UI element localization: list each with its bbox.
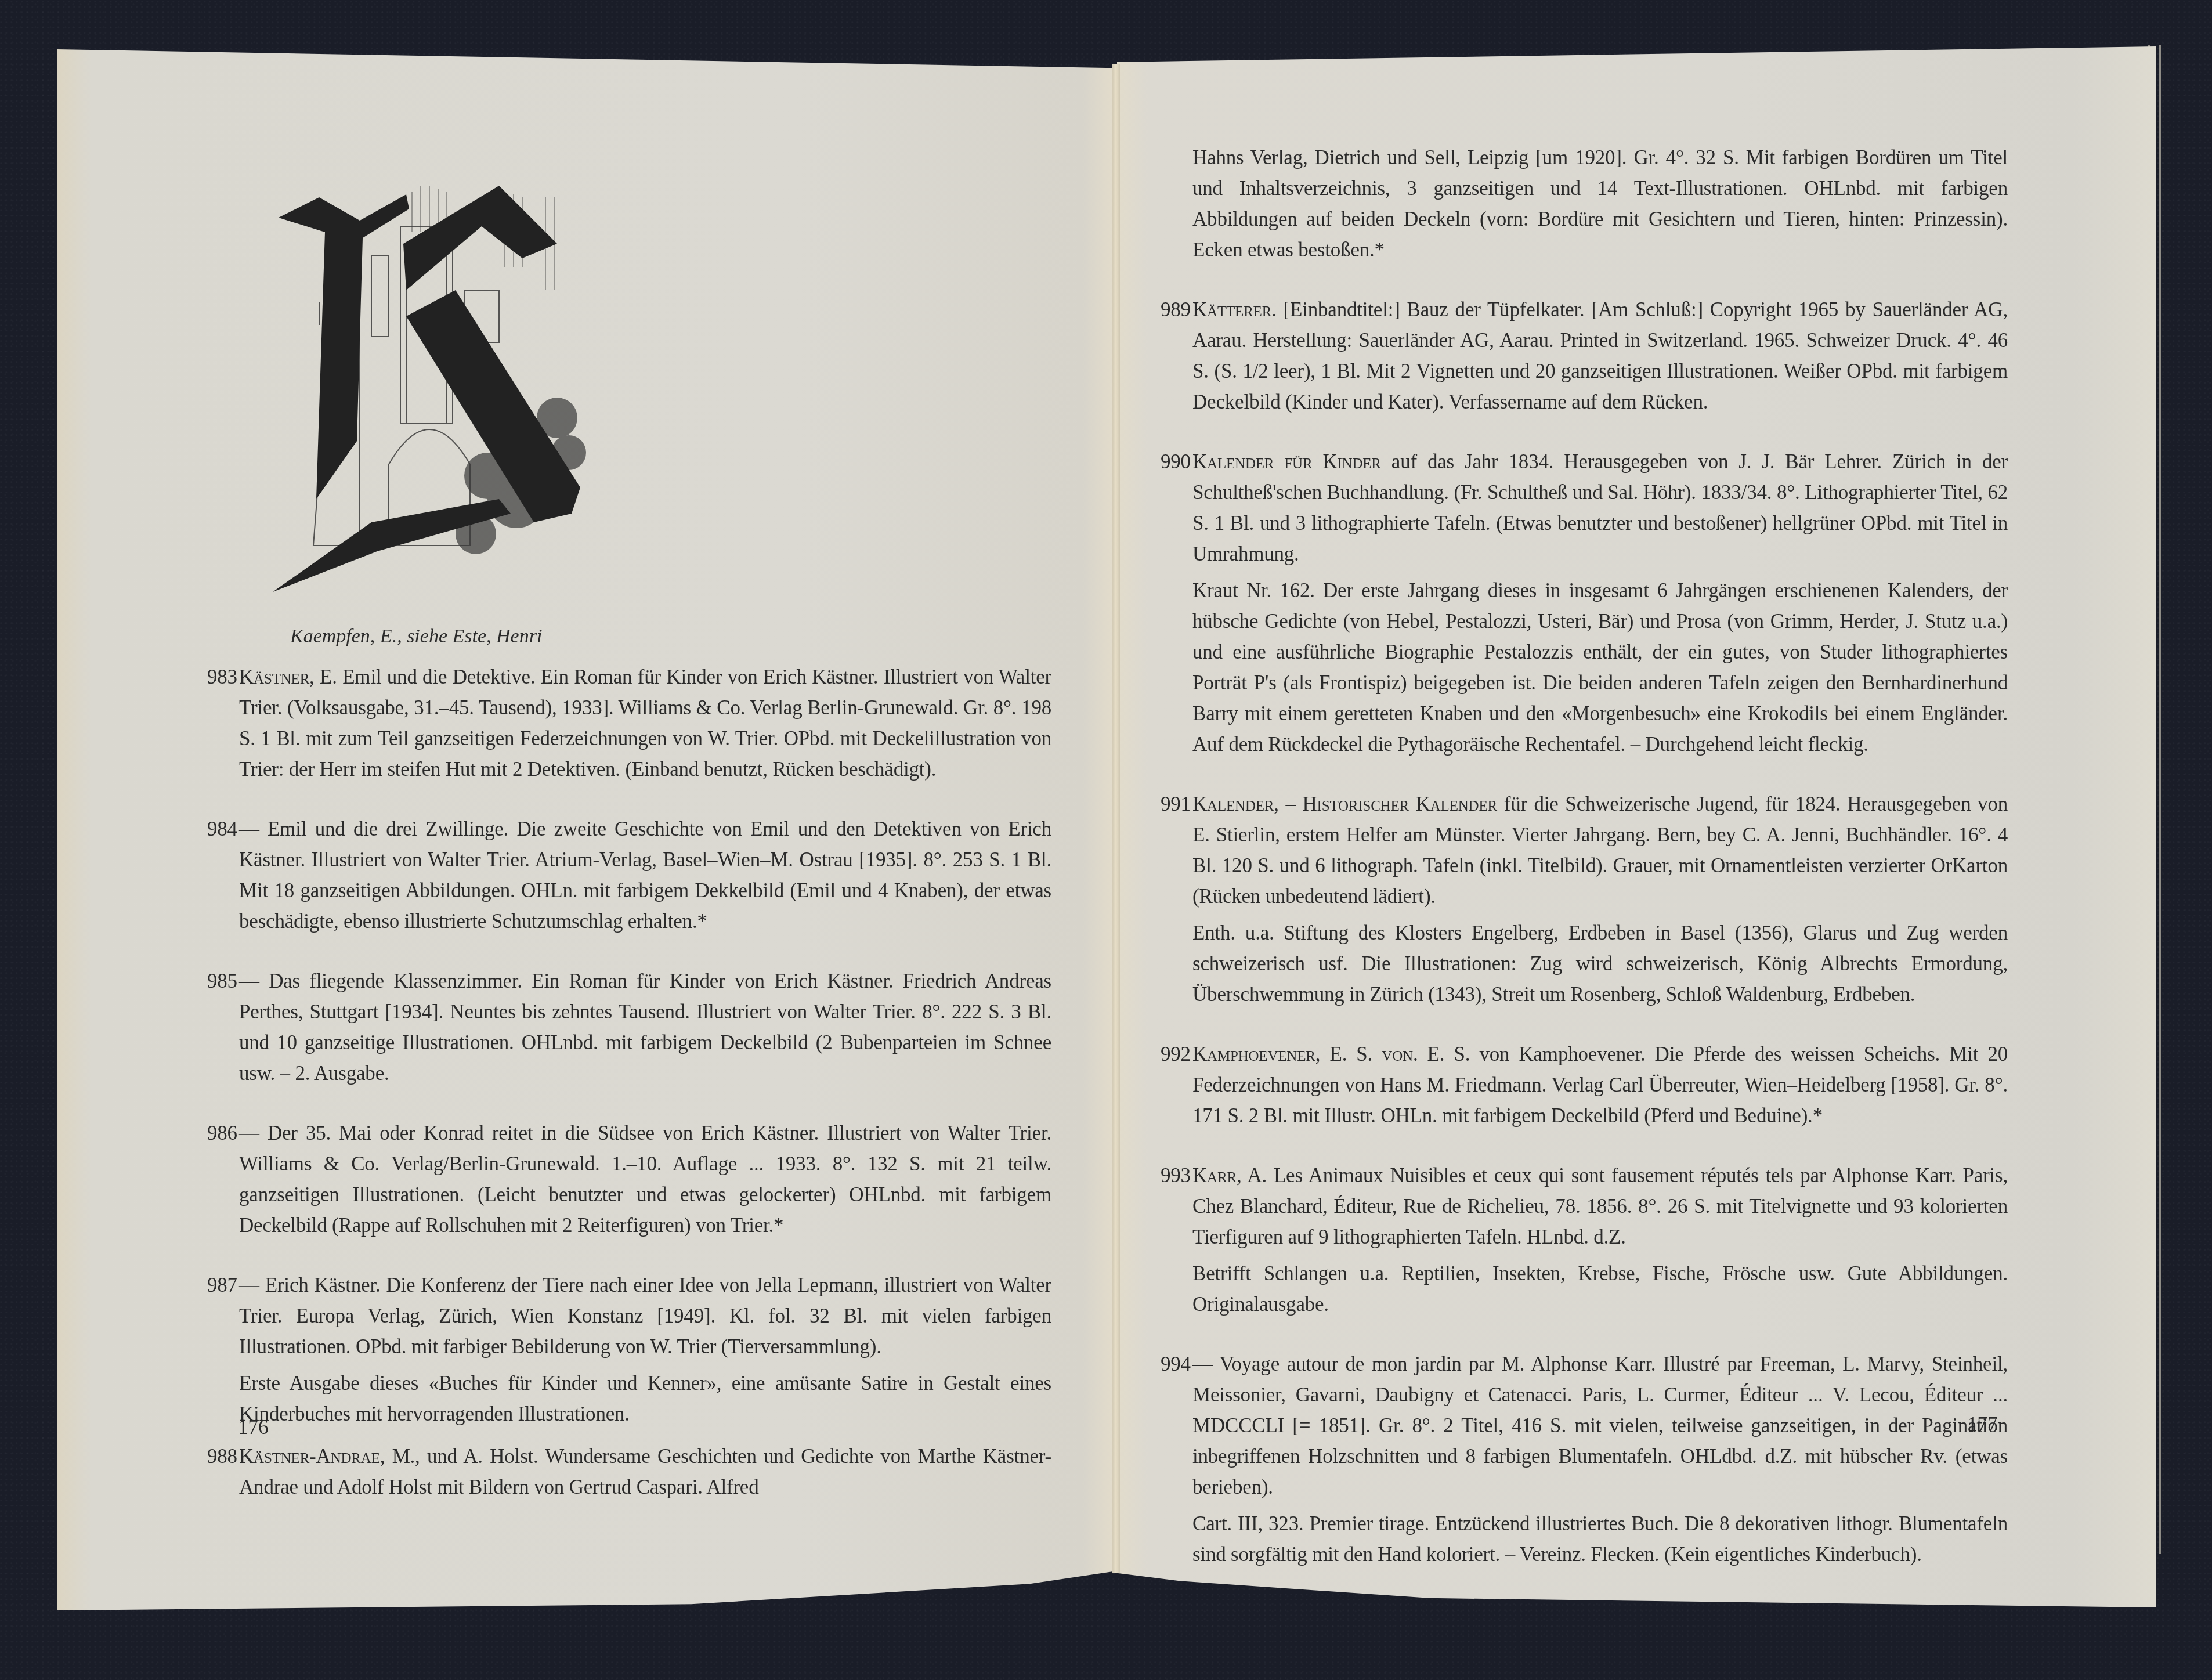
entry-number: 984 — [207, 814, 237, 844]
page-number-right: 177 — [1967, 1413, 1998, 1436]
entry-body: — Voyage autour de mon jardin par M. Alp… — [1192, 1353, 2008, 1498]
entry-number: 994 — [1161, 1349, 1191, 1379]
catalog-entry: 986 — Der 35. Mai oder Konrad reitet in … — [239, 1118, 1051, 1241]
page-number-left: 176 — [238, 1416, 269, 1439]
entry-body: , E. Emil und die Detektive. Ein Roman f… — [239, 666, 1051, 781]
catalog-entry: 993 Karr, A. Les Animaux Nuisibles et ce… — [1192, 1160, 2008, 1320]
open-book: Kaempfen, E., siehe Este, Henri 983 Käst… — [0, 0, 2212, 1680]
decorative-initial-k-icon — [255, 174, 592, 615]
catalog-entry: 983 Kästner, E. Emil und die Detektive. … — [239, 662, 1051, 785]
entry-continuation: Hahns Verlag, Dietrich und Sell, Leipzig… — [1192, 142, 2008, 265]
entry-number: 983 — [207, 662, 237, 692]
entry-note: Kraut Nr. 162. Der erste Jahrgang dieses… — [1192, 575, 2008, 760]
entry-body: — Emil und die drei Zwillinge. Die zweit… — [239, 818, 1051, 933]
entry-heading: Kamphoevener, E. S. von — [1192, 1043, 1413, 1065]
page-edge-line — [2159, 45, 2161, 1554]
catalog-entry: 985 — Das fliegende Klassenzimmer. Ein R… — [239, 966, 1051, 1089]
entry-body: — Der 35. Mai oder Konrad reitet in die … — [239, 1122, 1051, 1237]
entry-heading: Kalender für Kinder — [1192, 450, 1381, 473]
entry-note: Cart. III, 323. Premier tirage. Entzücke… — [1192, 1508, 2008, 1570]
entry-heading: Kästner-Andrae — [239, 1445, 380, 1468]
continuation-text: Hahns Verlag, Dietrich und Sell, Leipzig… — [1192, 142, 2008, 265]
entry-body: , A. Les Animaux Nuisibles et ceux qui s… — [1192, 1164, 2008, 1248]
entry-number: 992 — [1161, 1039, 1191, 1070]
catalog-entry: 988 Kästner-Andrae, M., und A. Holst. Wu… — [239, 1441, 1051, 1502]
entry-number: 993 — [1161, 1160, 1191, 1191]
right-column: Hahns Verlag, Dietrich und Sell, Leipzig… — [1192, 142, 2008, 1599]
entry-heading: Kästner — [239, 666, 309, 688]
entry-heading: Kalender, – Historischer Kalender — [1192, 793, 1497, 815]
catalog-entry: 994 — Voyage autour de mon jardin par M.… — [1192, 1349, 2008, 1570]
entry-number: 989 — [1161, 294, 1191, 325]
entry-number: 988 — [207, 1441, 237, 1472]
entry-number: 991 — [1161, 789, 1191, 819]
catalog-entry: 989 Kätterer. [Einbandtitel:] Bauz der T… — [1192, 294, 2008, 417]
entry-number: 986 — [207, 1118, 237, 1148]
catalog-entry: 987 — Erich Kästner. Die Konferenz der T… — [239, 1270, 1051, 1429]
cross-reference: Kaempfen, E., siehe Este, Henri — [290, 626, 542, 648]
entry-heading: Karr — [1192, 1164, 1237, 1187]
entry-heading: Kätterer — [1192, 298, 1271, 321]
entry-note: Erste Ausgabe dieses «Buches für Kinder … — [239, 1368, 1051, 1429]
entry-number: 990 — [1161, 446, 1191, 477]
catalog-entry: 991 Kalender, – Historischer Kalender fü… — [1192, 789, 2008, 1010]
left-column: 983 Kästner, E. Emil und die Detektive. … — [239, 662, 1051, 1531]
entry-body: — Erich Kästner. Die Konferenz der Tiere… — [239, 1274, 1051, 1358]
entry-note: Betrifft Schlangen u.a. Reptilien, Insek… — [1192, 1258, 2008, 1320]
catalog-entry: 992 Kamphoevener, E. S. von. E. S. von K… — [1192, 1039, 2008, 1131]
book-gutter — [1112, 64, 1120, 1573]
entry-number: 987 — [207, 1270, 237, 1300]
entry-body: — Das fliegende Klassenzimmer. Ein Roman… — [239, 970, 1051, 1085]
entry-number: 985 — [207, 966, 237, 996]
entry-body: . [Einbandtitel:] Bauz der Tüpfelkater. … — [1192, 298, 2008, 413]
catalog-entry: 984 — Emil und die drei Zwillinge. Die z… — [239, 814, 1051, 937]
entry-note: Enth. u.a. Stiftung des Klosters Engelbe… — [1192, 917, 2008, 1010]
catalog-entry: 990 Kalender für Kinder auf das Jahr 183… — [1192, 446, 2008, 760]
